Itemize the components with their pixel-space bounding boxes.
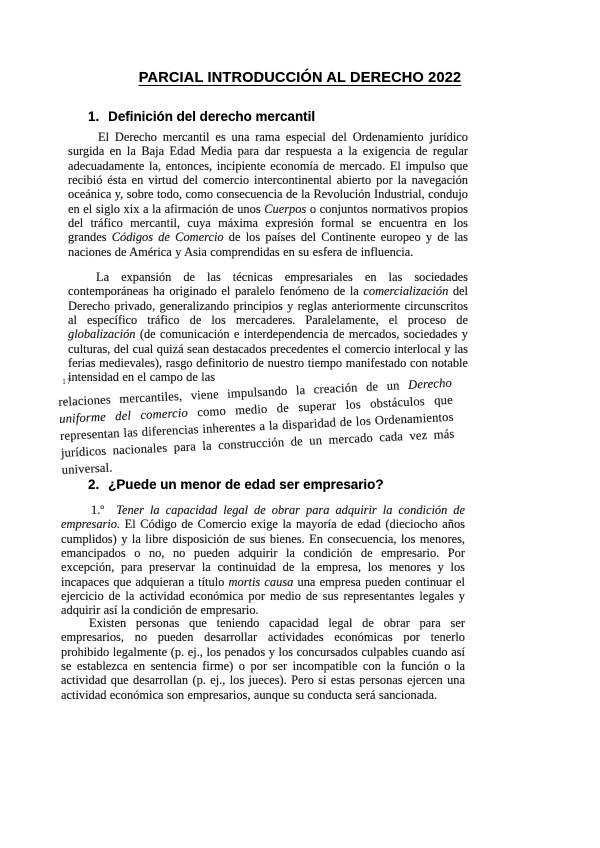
section-1-paragraph-2: La expansión de las técnicas empresarial… xyxy=(68,270,468,385)
section-2-paragraph-2: Existen personas que teniendo capacidad … xyxy=(61,616,465,702)
section-1-heading: 1. Definición del derecho mercantil xyxy=(88,109,315,124)
section-1-heading-text: Definición del derecho mercantil xyxy=(108,109,315,124)
section-2-heading: 2. ¿Puede un menor de edad ser empresari… xyxy=(88,477,384,492)
section-2-heading-text: ¿Puede un menor de edad ser empresario? xyxy=(108,477,383,492)
section-1-number: 1. xyxy=(88,109,99,124)
section-2-number: 2. xyxy=(88,477,99,492)
section-1-paragraph-1: El Derecho mercantil es una rama especia… xyxy=(68,130,468,259)
document-title-text: PARCIAL INTRODUCCIÓN AL DERECHO 2022 xyxy=(139,70,461,86)
scanned-document-page: PARCIAL INTRODUCCIÓN AL DERECHO 2022 1. … xyxy=(0,0,600,848)
document-title: PARCIAL INTRODUCCIÓN AL DERECHO 2022 xyxy=(0,70,600,86)
section-2-paragraph-1: 1.º Tener la capacidad legal de obrar pa… xyxy=(61,503,465,618)
section-1-paragraph-2-warped-continuation: relaciones mercantiles, viene impulsando… xyxy=(58,375,456,479)
scan-artifact-mark: 17 xyxy=(62,377,72,386)
